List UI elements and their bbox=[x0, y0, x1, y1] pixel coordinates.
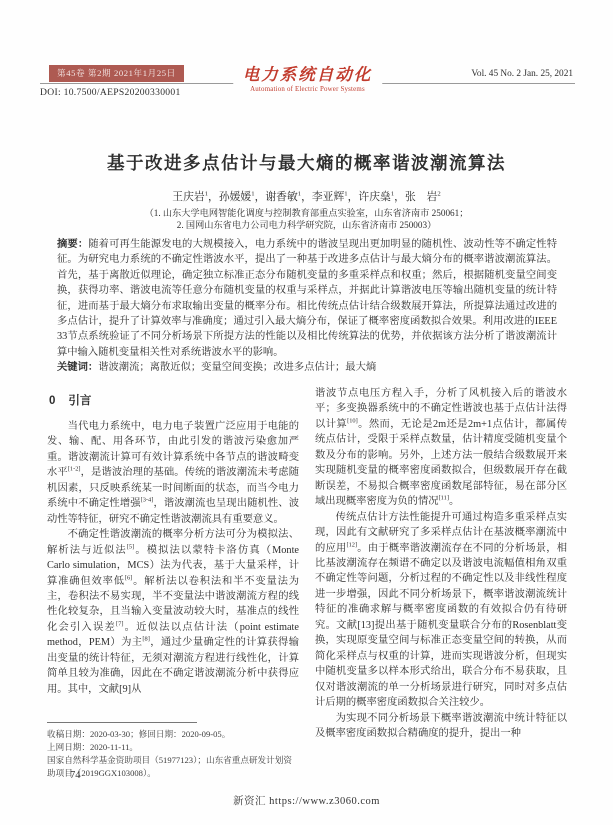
paragraph: 谐波节点电压方程入手，分析了风机接入后的谐波水平；多变换器系统中的不确定性谐波也… bbox=[315, 386, 567, 510]
journal-name-cn: 电力系统自动化 bbox=[243, 61, 373, 85]
body-columns: 0引言 当代电力系统中，电力电子装置广泛应用于电能的发、输、配、用各环节，由此引… bbox=[47, 386, 567, 788]
abstract-paragraph: 摘要：随着可再生能源发电的大规模接入，电力系统中的谐波呈现出更加明显的随机性、波… bbox=[57, 237, 557, 360]
author-line: 王庆岩1，孙媛媛1，谢香敏1，李亚辉1，许庆燊1，张 岩2 bbox=[0, 189, 613, 204]
keywords-label: 关键词： bbox=[57, 362, 98, 373]
journal-logo: 电力系统自动化 Automation of Electric Power Sys… bbox=[233, 61, 383, 93]
abstract-label: 摘要： bbox=[57, 239, 88, 250]
paragraph: 为实现不同分析场景下概率谐波潮流中统计特征以及概率密度函数拟合精确度的提升，提出… bbox=[315, 711, 567, 742]
journal-header: 第45卷 第2期 2021年1月25日 DOI: 10.7500/AEPS202… bbox=[40, 60, 575, 104]
right-column: 谐波节点电压方程入手，分析了风机接入后的谐波水平；多变换器系统中的不确定性谐波也… bbox=[315, 386, 567, 788]
volume-info: Vol. 45 No. 2 Jan. 25, 2021 bbox=[471, 69, 573, 79]
abstract-text: 随着可再生能源发电的大规模接入，电力系统中的谐波呈现出更加明显的随机性、波动性等… bbox=[57, 239, 557, 358]
section-title: 引言 bbox=[68, 395, 91, 407]
page-number: 74 bbox=[70, 770, 81, 781]
watermark-text: 新资汇 https://www.z3060.com bbox=[0, 793, 613, 808]
abstract-block: 摘要：随着可再生能源发电的大规模接入，电力系统中的谐波呈现出更加明显的随机性、波… bbox=[57, 237, 557, 376]
footnote-block: 收稿日期：2020-03-30；修回日期：2020-09-05。上网日期：202… bbox=[47, 722, 299, 780]
journal-name-en: Automation of Electric Power Systems bbox=[243, 86, 373, 93]
left-column: 0引言 当代电力系统中，电力电子装置广泛应用于电能的发、输、配、用各环节，由此引… bbox=[47, 386, 299, 788]
section-number: 0 bbox=[49, 395, 55, 407]
footnote-lines: 收稿日期：2020-03-30；修回日期：2020-09-05。上网日期：202… bbox=[47, 728, 299, 780]
paper-page: 第45卷 第2期 2021年1月25日 DOI: 10.7500/AEPS202… bbox=[0, 0, 613, 825]
affiliations: （1. 山东大学电网智能化调度与控制教育部重点实验室，山东省济南市 250061… bbox=[0, 208, 613, 232]
keywords-line: 关键词：谐波潮流；离散近似；变量空间变换；改进多点估计；最大熵 bbox=[57, 360, 557, 375]
footnote-divider bbox=[47, 722, 197, 723]
issue-info-badge: 第45卷 第2期 2021年1月25日 bbox=[49, 65, 184, 82]
keywords-text: 谐波潮流；离散近似；变量空间变换；改进多点估计；最大熵 bbox=[98, 362, 376, 373]
doi-text: DOI: 10.7500/AEPS20200330001 bbox=[40, 87, 181, 98]
paragraph: 当代电力系统中，电力电子装置广泛应用于电能的发、输、配、用各环节，由此引发的谐波… bbox=[47, 419, 299, 527]
paragraph: 不确定性谐波潮流的概率分析方法可分为模拟法、解析法与近似法[5]。模拟法以蒙特卡… bbox=[47, 527, 299, 697]
section-heading: 0引言 bbox=[49, 392, 299, 408]
article-title: 基于改进多点估计与最大熵的概率谐波潮流算法 bbox=[0, 150, 613, 175]
paragraph: 传统点估计方法性能提升可通过构造多重采样点实现，因此有文献研究了多采样点估计在基… bbox=[315, 510, 567, 711]
